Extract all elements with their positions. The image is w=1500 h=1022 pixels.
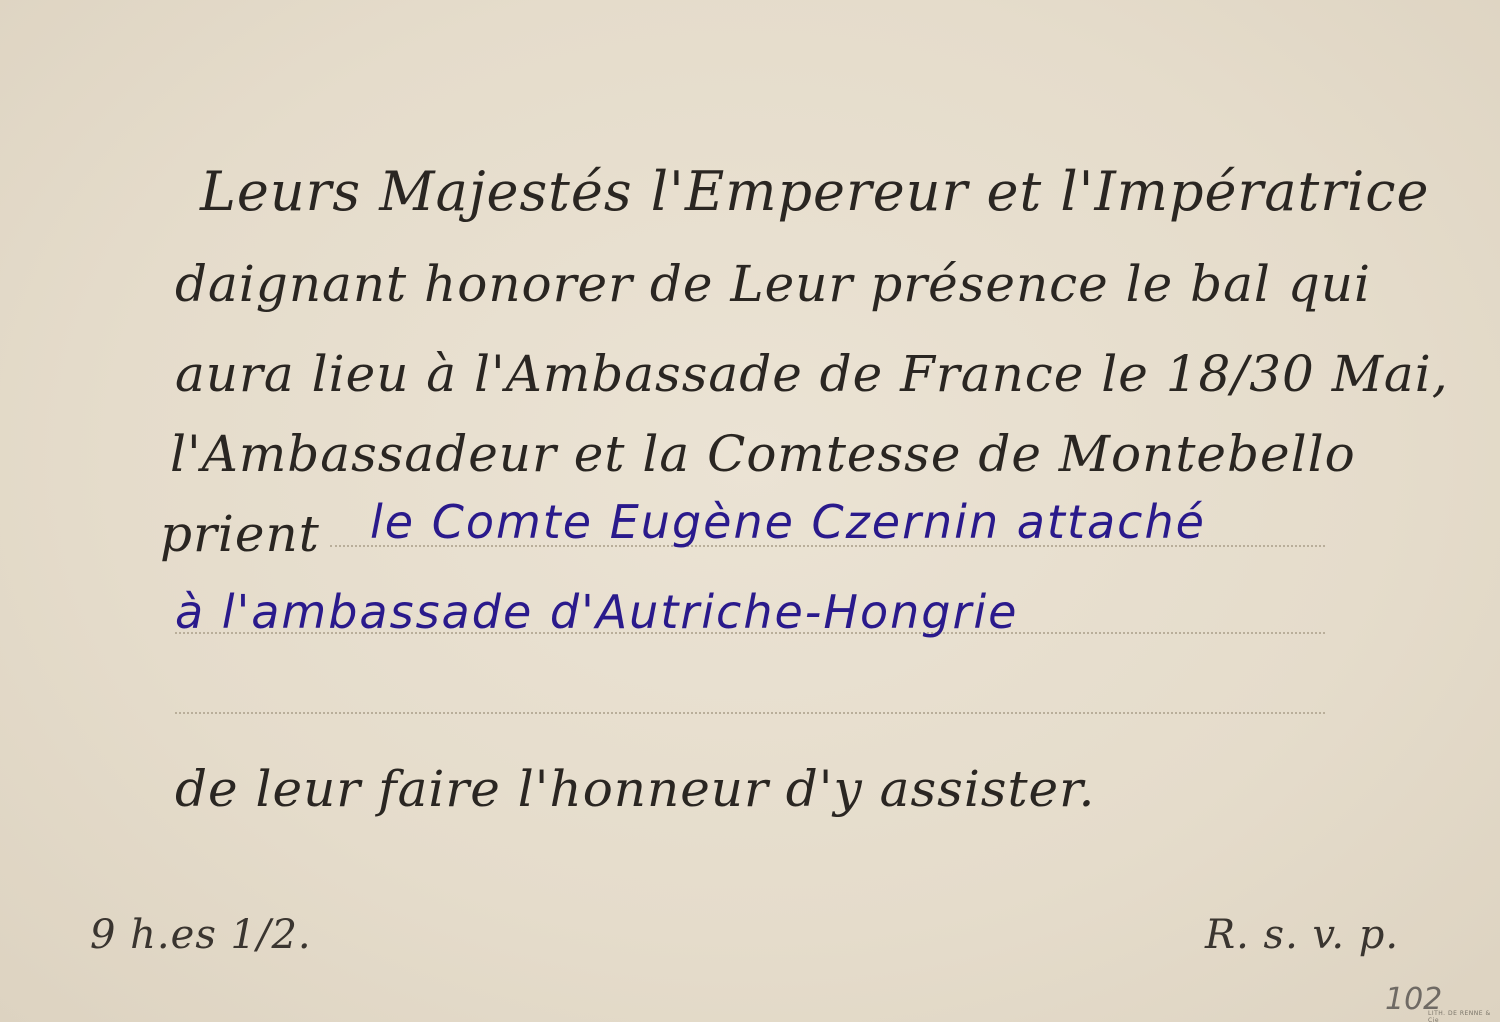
printed-line-3: aura lieu à l'Ambassade de France le 18/…	[175, 345, 1449, 403]
invitation-card: Leurs Majestés l'Empereur et l'Impératri…	[0, 0, 1500, 1022]
event-time: 9 h.es 1/2.	[90, 912, 312, 958]
printed-line-1: Leurs Majestés l'Empereur et l'Impératri…	[200, 160, 1430, 223]
printer-mark: LITH. DE RENNE & Cie	[1428, 1010, 1500, 1022]
printed-line-4: l'Ambassadeur et la Comtesse de Montebel…	[170, 425, 1356, 483]
closing-line: de leur faire l'honneur d'y assister.	[175, 760, 1095, 818]
handwritten-guest-title: à l'ambassade d'Autriche-Hongrie	[175, 585, 1018, 639]
rsvp-note: R. s. v. p.	[1205, 912, 1399, 958]
fill-in-dotted-line-3	[175, 712, 1325, 714]
printed-prient: prient	[160, 505, 320, 563]
handwritten-guest-name: le Comte Eugène Czernin attaché	[370, 495, 1206, 549]
printed-line-2: daignant honorer de Leur présence le bal…	[175, 255, 1371, 313]
